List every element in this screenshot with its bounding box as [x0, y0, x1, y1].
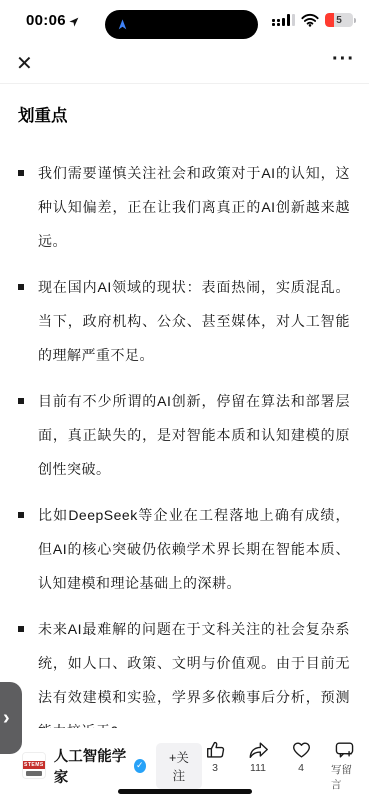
bullet-square-icon: [18, 170, 24, 176]
share-count: 111: [250, 762, 266, 774]
bullet-text: 我们需要谨慎关注社会和政策对于AI的认知，这种认知偏差，正在让我们离真正的AI创…: [38, 156, 350, 258]
bullet-text: 目前有不少所谓的AI创新，停留在算法和部署层面，真正缺失的，是对智能本质和认知建…: [38, 384, 350, 486]
avatar-brand-text: STEMS: [23, 761, 45, 769]
bullet-text: 未来AI最难解的问题在于文科关注的社会复杂系统，如人口、政策、文明与价值观。由于…: [38, 612, 350, 728]
location-arrow-icon: [66, 12, 83, 29]
chevron-right-icon: ›: [3, 708, 10, 728]
close-button[interactable]: ✕: [16, 52, 33, 76]
bullet-text: 现在国内AI领域的现状：表面热闹，实质混乱。当下，政府机构、公众、甚至媒体，对人…: [38, 270, 350, 372]
bullet-square-icon: [18, 512, 24, 518]
cellular-signal-icon: [272, 14, 295, 26]
account-avatar[interactable]: STEMS: [22, 752, 46, 779]
list-item: 比如DeepSeek等企业在工程落地上确有成绩，但AI的核心突破仍依赖学术界长期…: [18, 498, 350, 600]
status-time: 00:06: [26, 12, 66, 29]
account-name[interactable]: 人工智能学家: [54, 745, 130, 787]
highlight-list: 我们需要谨慎关注社会和政策对于AI的认知，这种认知偏差，正在让我们离真正的AI创…: [18, 156, 350, 728]
bullet-square-icon: [18, 626, 24, 632]
article-body: 划重点 我们需要谨慎关注社会和政策对于AI的认知，这种认知偏差，正在让我们离真正…: [18, 96, 350, 728]
comment-plus-icon: [333, 739, 356, 761]
list-item: 现在国内AI领域的现状：表面热闹，实质混乱。当下，政府机构、公众、甚至媒体，对人…: [18, 270, 350, 372]
home-indicator[interactable]: [118, 789, 252, 794]
favorite-button[interactable]: 4: [288, 739, 314, 774]
follow-button[interactable]: +关注: [156, 743, 202, 789]
header-divider: [0, 83, 369, 84]
more-options-button[interactable]: ···: [332, 48, 355, 71]
section-heading: 划重点: [18, 102, 350, 126]
floating-window-tab[interactable]: ›: [0, 682, 22, 754]
share-arrow-icon: [247, 739, 270, 761]
bullet-square-icon: [18, 398, 24, 404]
share-button[interactable]: 111: [245, 739, 271, 774]
like-button[interactable]: 3: [202, 739, 228, 774]
dynamic-island[interactable]: [105, 10, 258, 39]
navigation-arrow-icon: [116, 18, 129, 31]
list-item: 目前有不少所谓的AI创新，停留在算法和部署层面，真正缺失的，是对智能本质和认知建…: [18, 384, 350, 486]
list-item: 未来AI最难解的问题在于文科关注的社会复杂系统，如人口、政策、文明与价值观。由于…: [18, 612, 350, 728]
favorite-count: 4: [298, 762, 304, 774]
list-item: 我们需要谨慎关注社会和政策对于AI的认知，这种认知偏差，正在让我们离真正的AI创…: [18, 156, 350, 258]
wifi-icon: [301, 13, 319, 27]
status-bar: 00:06 5: [0, 0, 369, 44]
verified-badge-icon: ✓: [134, 759, 146, 773]
bullet-square-icon: [18, 284, 24, 290]
like-count: 3: [212, 762, 218, 774]
comment-button[interactable]: 写留言: [331, 739, 357, 792]
phone-screen: 00:06 5: [0, 0, 369, 800]
heart-icon: [290, 739, 313, 761]
battery-percent: 5: [336, 15, 342, 26]
footer-bar: STEMS 人工智能学家 ✓ +关注 3 111: [0, 728, 369, 800]
action-bar: 3 111 4: [202, 739, 357, 792]
comment-label: 写留言: [331, 762, 357, 792]
bullet-text: 比如DeepSeek等企业在工程落地上确有成绩，但AI的核心突破仍依赖学术界长期…: [38, 498, 350, 600]
article-top-nav: ✕ ···: [0, 48, 369, 82]
battery-icon: 5: [325, 13, 356, 27]
thumbs-up-icon: [204, 739, 227, 761]
